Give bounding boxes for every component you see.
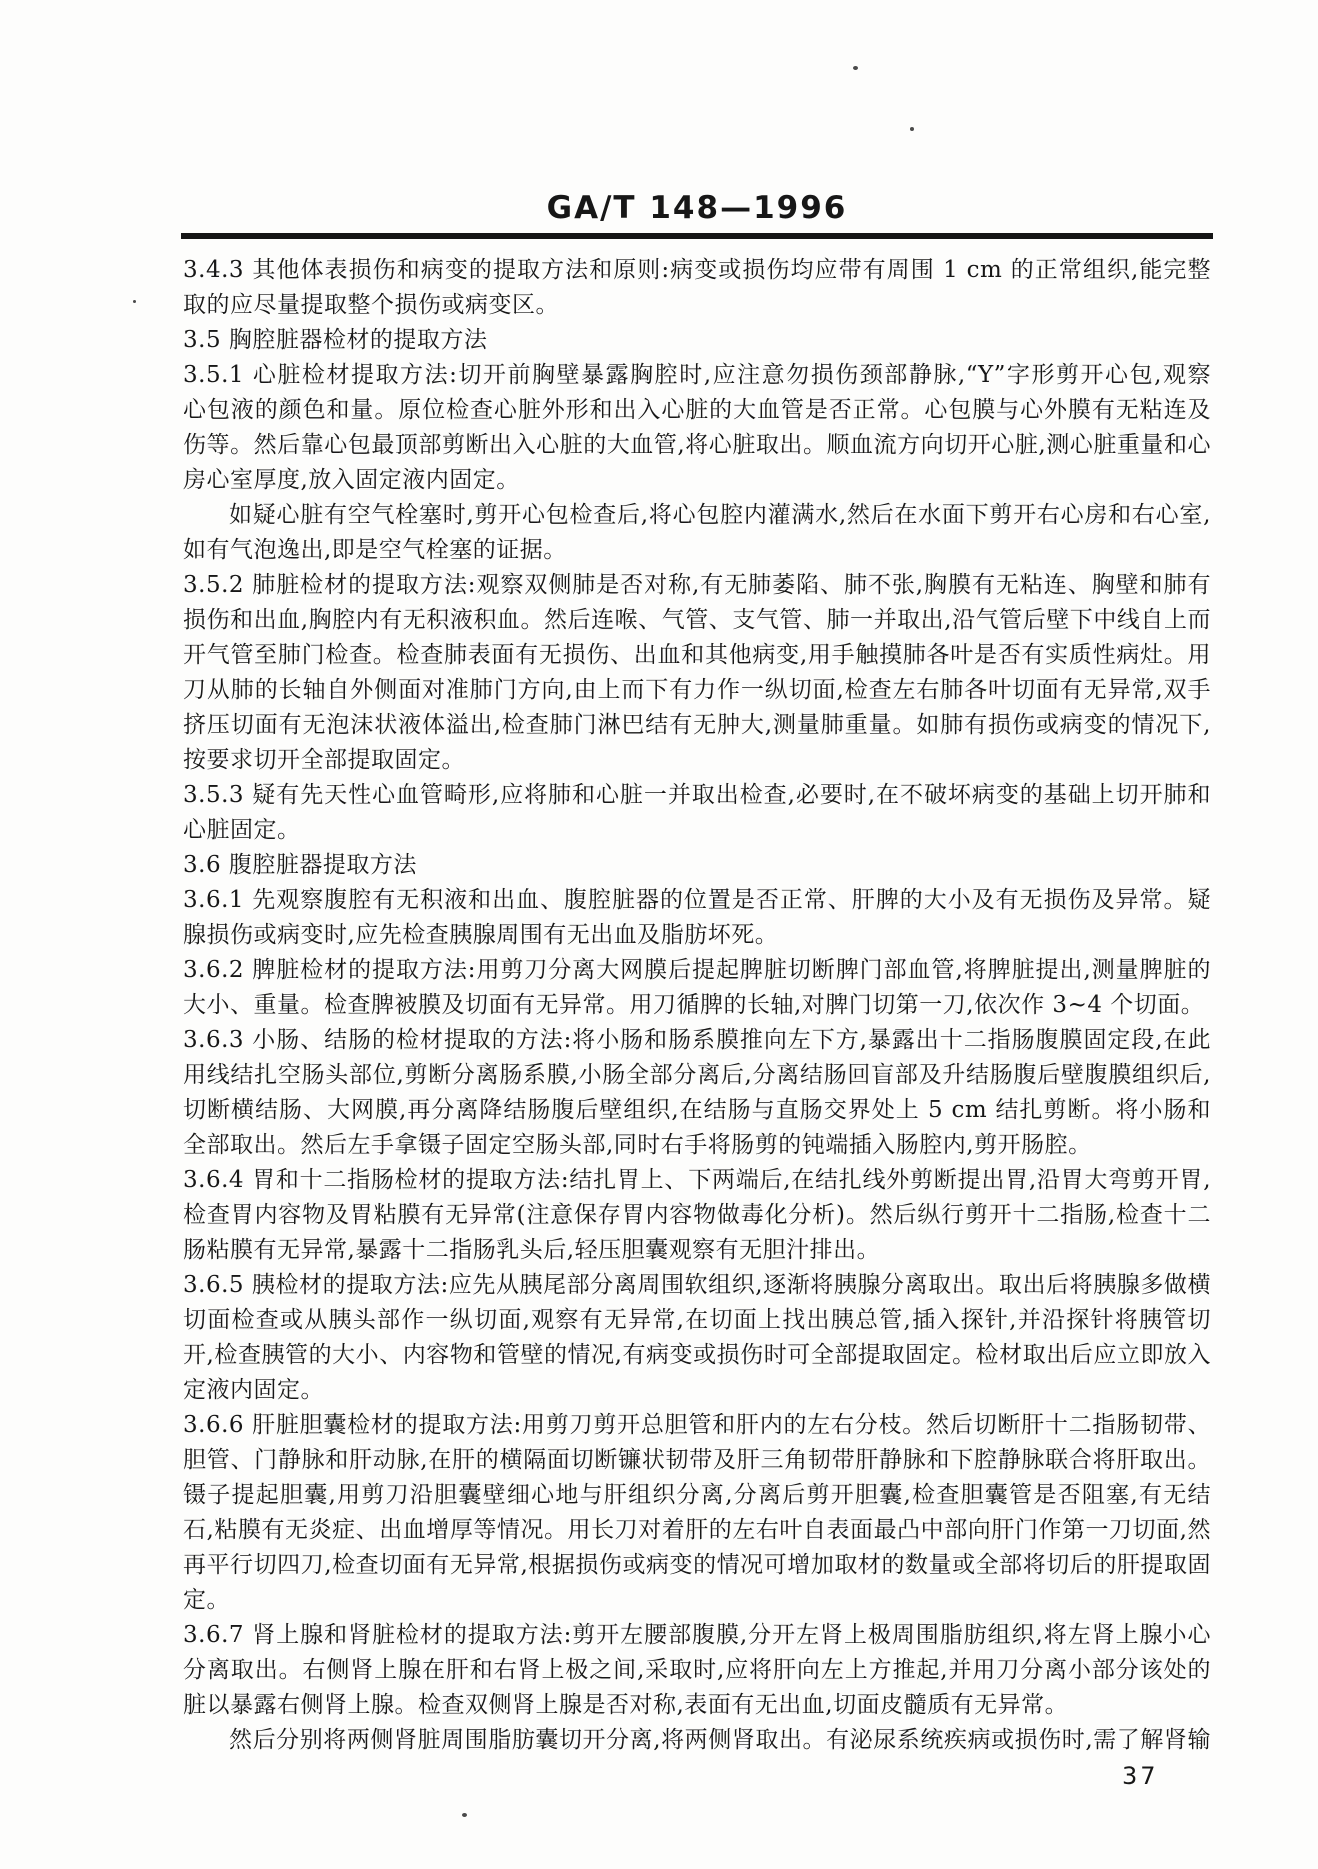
text-line: 3.6.4 胃和十二指肠检材的提取方法:结扎胃上、下两端后,在结扎线外剪断提出胃… (183, 1163, 1211, 1198)
scan-artifact-speck (853, 66, 858, 70)
standard-number-heading: GA/T 148—1996 (183, 190, 1211, 226)
text-line: 切面检查或从胰头部作一纵切面,观察有无异常,在切面上找出胰总管,插入探针,并沿探… (183, 1303, 1211, 1338)
scan-artifact-speck (133, 300, 136, 303)
scan-artifact-speck (910, 127, 914, 131)
text-line: 伤等。然后靠心包最顶部剪断出入心脏的大血管,将心脏取出。顺血流方向切开心脏,测心… (183, 428, 1211, 463)
text-line: 开气管至肺门检查。检查肺表面有无损伤、出血和其他病变,用手触摸肺各叶是否有实质性… (183, 638, 1211, 673)
page-number: 37 (1122, 1762, 1159, 1790)
text-line: 3.6.1 先观察腹腔有无积液和出血、腹腔脏器的位置是否正常、肝脾的大小及有无损… (183, 883, 1211, 918)
text-line: 3.5 胸腔脏器检材的提取方法 (183, 323, 1211, 358)
text-line: 镊子提起胆囊,用剪刀沿胆囊壁细心地与肝组织分离,分离后剪开胆囊,检查胆囊管是否阻… (183, 1478, 1211, 1513)
header-rule (181, 233, 1213, 239)
text-line: 全部取出。然后左手拿镊子固定空肠头部,同时右手将肠剪的钝端插入肠腔内,剪开肠腔。 (183, 1128, 1211, 1163)
text-line: 大小、重量。检查脾被膜及切面有无异常。用刀循脾的长轴,对脾门切第一刀,依次作 3… (183, 988, 1211, 1023)
text-line: 分离取出。右侧肾上腺在肝和右肾上极之间,采取时,应将肝向左上方推起,并用刀分离小… (183, 1653, 1211, 1688)
text-line: 房心室厚度,放入固定液内固定。 (183, 463, 1211, 498)
text-line: 定。 (183, 1583, 1211, 1618)
text-line: 肠粘膜有无异常,暴露十二指肠乳头后,轻压胆囊观察有无胆汁排出。 (183, 1233, 1211, 1268)
text-line: 心脏固定。 (183, 813, 1211, 848)
text-line: 损伤和出血,胸腔内有无积液积血。然后连喉、气管、支气管、肺一并取出,沿气管后壁下… (183, 603, 1211, 638)
text-line: 定液内固定。 (183, 1373, 1211, 1408)
text-line: 3.6 腹腔脏器提取方法 (183, 848, 1211, 883)
text-line: 3.5.3 疑有先天性心血管畸形,应将肺和心脏一并取出检查,必要时,在不破坏病变… (183, 778, 1211, 813)
document-page: GA/T 148—1996 3.4.3 其他体表损伤和病变的提取方法和原则:病变… (0, 0, 1318, 1869)
document-body: 3.4.3 其他体表损伤和病变的提取方法和原则:病变或损伤均应带有周围 1 cm… (183, 253, 1211, 1758)
text-line: 3.6.3 小肠、结肠的检材提取的方法:将小肠和肠系膜推向左下方,暴露出十二指肠… (183, 1023, 1211, 1058)
text-line: 检查胃内容物及胃粘膜有无异常(注意保存胃内容物做毒化分析)。然后纵行剪开十二指肠… (183, 1198, 1211, 1233)
text-line: 3.6.6 肝脏胆囊检材的提取方法:用剪刀剪开总胆管和肝内的左右分枝。然后切断肝… (183, 1408, 1211, 1443)
text-line: 3.6.2 脾脏检材的提取方法:用剪刀分离大网膜后提起脾脏切断脾门部血管,将脾脏… (183, 953, 1211, 988)
text-line: 心包液的颜色和量。原位检查心脏外形和出入心脏的大血管是否正常。心包膜与心外膜有无… (183, 393, 1211, 428)
text-line: 胆管、门静脉和肝动脉,在肝的横隔面切断镰状韧带及肝三角韧带肝静脉和下腔静脉联合将… (183, 1443, 1211, 1478)
text-line: 如疑心脏有空气栓塞时,剪开心包检查后,将心包腔内灌满水,然后在水面下剪开右心房和… (183, 498, 1211, 533)
text-line: 如有气泡逸出,即是空气栓塞的证据。 (183, 533, 1211, 568)
text-line: 刀从肺的长轴自外侧面对准肺门方向,由上而下有力作一纵切面,检查左右肺各叶切面有无… (183, 673, 1211, 708)
text-line: 再平行切四刀,检查切面有无异常,根据损伤或病变的情况可增加取材的数量或全部将切后… (183, 1548, 1211, 1583)
text-line: 开,检查胰管的大小、内容物和管壁的情况,有病变或损伤时可全部提取固定。检材取出后… (183, 1338, 1211, 1373)
text-line: 3.5.2 肺脏检材的提取方法:观察双侧肺是否对称,有无肺萎陷、肺不张,胸膜有无… (183, 568, 1211, 603)
text-line: 石,粘膜有无炎症、出血增厚等情况。用长刀对着肝的左右叶自表面最凸中部向肝门作第一… (183, 1513, 1211, 1548)
text-line: 按要求切开全部提取固定。 (183, 743, 1211, 778)
text-line: 脏以暴露右侧肾上腺。检查双侧肾上腺是否对称,表面有无出血,切面皮髓质有无异常。 (183, 1688, 1211, 1723)
text-line: 然后分别将两侧肾脏周围脂肪囊切开分离,将两侧肾取出。有泌尿系统疾病或损伤时,需了… (183, 1723, 1211, 1758)
text-line: 3.6.5 胰检材的提取方法:应先从胰尾部分离周围软组织,逐渐将胰腺分离取出。取… (183, 1268, 1211, 1303)
text-line: 取的应尽量提取整个损伤或病变区。 (183, 288, 1211, 323)
text-line: 3.4.3 其他体表损伤和病变的提取方法和原则:病变或损伤均应带有周围 1 cm… (183, 253, 1211, 288)
text-line: 3.5.1 心脏检材提取方法:切开前胸壁暴露胸腔时,应注意勿损伤颈部静脉,“Y”… (183, 358, 1211, 393)
text-line: 3.6.7 肾上腺和肾脏检材的提取方法:剪开左腰部腹膜,分开左肾上极周围脂肪组织… (183, 1618, 1211, 1653)
text-line: 用线结扎空肠头部位,剪断分离肠系膜,小肠全部分离后,分离结肠回盲部及升结肠腹后壁… (183, 1058, 1211, 1093)
text-line: 腺损伤或病变时,应先检查胰腺周围有无出血及脂肪坏死。 (183, 918, 1211, 953)
text-line: 挤压切面有无泡沫状液体溢出,检查肺门淋巴结有无肿大,测量肺重量。如肺有损伤或病变… (183, 708, 1211, 743)
scan-artifact-speck (462, 1813, 467, 1817)
text-line: 切断横结肠、大网膜,再分离降结肠腹后壁组织,在结肠与直肠交界处上 5 cm 结扎… (183, 1093, 1211, 1128)
